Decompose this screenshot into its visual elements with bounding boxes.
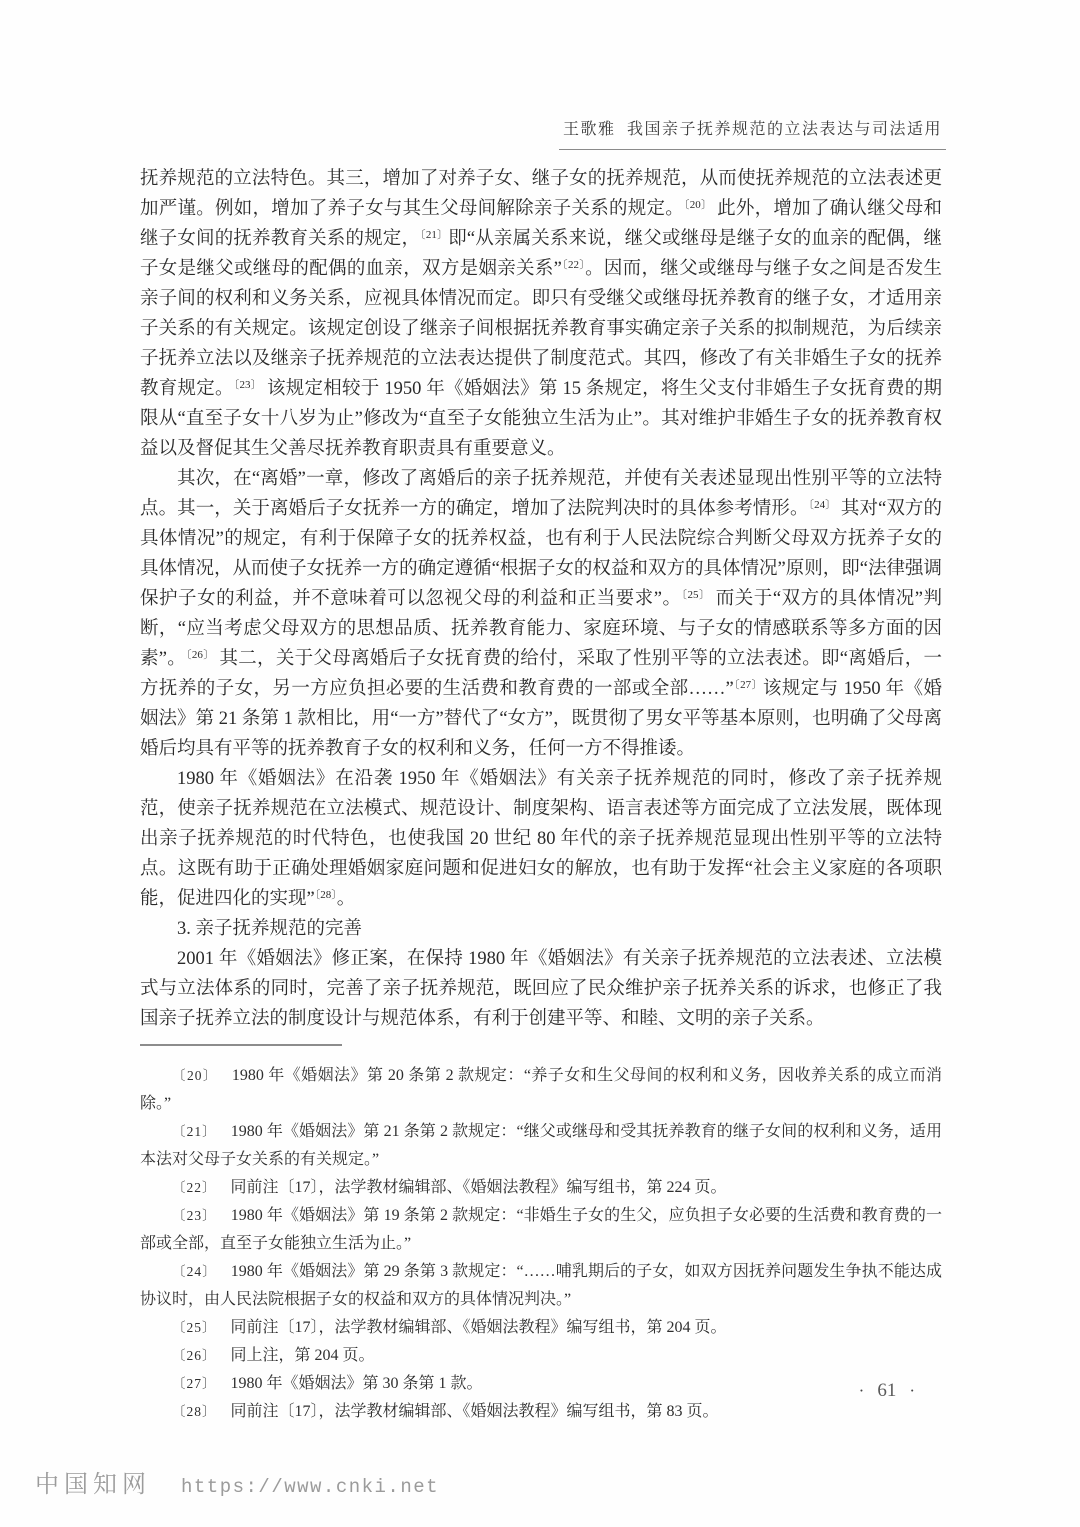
page-number-right-dot: · xyxy=(909,1381,915,1400)
footnote-text: 1980 年《婚姻法》第 20 条第 2 款规定：“养子女和生父母间的权利和义务… xyxy=(140,1067,942,1112)
paragraph: 抚养规范的立法特色。其三，增加了对养子女、继子女的抚养规范，从而使抚养规范的立法… xyxy=(140,164,942,464)
footnote-text: 1980 年《婚姻法》第 29 条第 3 款规定：“……哺乳期后的子女，如双方因… xyxy=(140,1263,942,1308)
text-run: 。 xyxy=(337,889,356,909)
footnote-marker: 〔21〕 xyxy=(172,1124,217,1139)
footnote-ref: 〔21〕 xyxy=(420,229,448,241)
footnote-marker: 〔22〕 xyxy=(172,1180,217,1195)
paragraph: 1980 年《婚姻法》在沿袭 1950 年《婚姻法》有关亲子抚养规范的同时，修改… xyxy=(140,764,942,914)
footnote-marker: 〔27〕 xyxy=(172,1376,217,1391)
text-run: 。因而，继父或继母与继子女之间是否发生亲子间的权利和义务关系，应视具体情况而定。… xyxy=(140,259,942,399)
footnote-text: 同前注〔17〕，法学教材编辑部、《婚姻法教程》编写组书，第 204 页。 xyxy=(231,1319,727,1336)
footnote: 〔23〕1980 年《婚姻法》第 19 条第 2 款规定：“非婚生子女的生父，应… xyxy=(140,1202,942,1258)
footnote-ref: 〔23〕 xyxy=(234,379,262,391)
footnote-text: 1980 年《婚姻法》第 30 条第 1 款。 xyxy=(231,1375,483,1392)
footnote-text: 同上注，第 204 页。 xyxy=(231,1347,375,1364)
footnote-separator xyxy=(140,1044,342,1046)
footnote-ref: 〔25〕 xyxy=(682,589,711,601)
footnote-ref: 〔28〕 xyxy=(315,889,337,901)
footnote-text: 同前注〔17〕，法学教材编辑部、《婚姻法教程》编写组书，第 224 页。 xyxy=(231,1179,727,1196)
section-heading: 3. 亲子抚养规范的完善 xyxy=(140,914,942,944)
cnki-logo-text: 中国知网 xyxy=(35,1472,151,1498)
footnote: 〔25〕同前注〔17〕，法学教材编辑部、《婚姻法教程》编写组书，第 204 页。 xyxy=(140,1314,942,1342)
footnote: 〔20〕1980 年《婚姻法》第 20 条第 2 款规定：“养子女和生父母间的权… xyxy=(140,1062,942,1118)
journal-page: 王歌雅 我国亲子抚养规范的立法表达与司法适用 抚养规范的立法特色。其三，增加了对… xyxy=(0,0,1080,1527)
footnote: 〔27〕1980 年《婚姻法》第 30 条第 1 款。 xyxy=(140,1370,942,1398)
text-run: 1980 年《婚姻法》在沿袭 1950 年《婚姻法》有关亲子抚养规范的同时，修改… xyxy=(140,769,942,909)
paragraph: 2001 年《婚姻法》修正案，在保持 1980 年《婚姻法》有关亲子抚养规范的立… xyxy=(140,944,942,1034)
footnote-ref: 〔22〕 xyxy=(562,259,585,271)
footnote-marker: 〔25〕 xyxy=(172,1320,217,1335)
page-number: ·61· xyxy=(846,1380,928,1402)
footnote-marker: 〔23〕 xyxy=(172,1208,217,1223)
page-number-left-dot: · xyxy=(859,1381,865,1400)
footnote: 〔24〕1980 年《婚姻法》第 29 条第 3 款规定：“……哺乳期后的子女，… xyxy=(140,1258,942,1314)
footnote-text: 1980 年《婚姻法》第 21 条第 2 款规定：“继父或继母和受其抚养教育的继… xyxy=(140,1123,942,1168)
footnote-text: 同前注〔17〕，法学教材编辑部、《婚姻法教程》编写组书，第 83 页。 xyxy=(231,1403,719,1420)
footnote: 〔22〕同前注〔17〕，法学教材编辑部、《婚姻法教程》编写组书，第 224 页。 xyxy=(140,1174,942,1202)
footnote-marker: 〔24〕 xyxy=(172,1264,217,1279)
footnote-ref: 〔27〕 xyxy=(734,679,763,691)
article-body: 抚养规范的立法特色。其三，增加了对养子女、继子女的抚养规范，从而使抚养规范的立法… xyxy=(140,164,942,1034)
text-run: 该规定相较于 1950 年《婚姻法》第 15 条规定，将生父支付非婚生子女抚育费… xyxy=(140,379,942,459)
footnote-marker: 〔26〕 xyxy=(172,1348,217,1363)
running-header: 王歌雅 我国亲子抚养规范的立法表达与司法适用 xyxy=(559,116,946,150)
text-run: 其次，在“离婚”一章，修改了离婚后的亲子抚养规范，并使有关表述显现出性别平等的立… xyxy=(140,469,942,519)
text-run: 2001 年《婚姻法》修正案，在保持 1980 年《婚姻法》有关亲子抚养规范的立… xyxy=(140,949,942,1029)
text-run: 3. 亲子抚养规范的完善 xyxy=(177,919,362,939)
running-header-text: 王歌雅 我国亲子抚养规范的立法表达与司法适用 xyxy=(559,116,946,150)
footnote: 〔21〕1980 年《婚姻法》第 21 条第 2 款规定：“继父或继母和受其抚养… xyxy=(140,1118,942,1174)
cnki-url: https://www.cnki.net xyxy=(181,1476,439,1498)
footnote-ref: 〔24〕 xyxy=(809,499,837,511)
footnote: 〔26〕同上注，第 204 页。 xyxy=(140,1342,942,1370)
footnote-ref: 〔26〕 xyxy=(186,649,214,661)
page-number-value: 61 xyxy=(877,1380,896,1401)
footnote-text: 1980 年《婚姻法》第 19 条第 2 款规定：“非婚生子女的生父，应负担子女… xyxy=(140,1207,942,1252)
footnote-ref: 〔20〕 xyxy=(684,199,712,211)
paragraph: 其次，在“离婚”一章，修改了离婚后的亲子抚养规范，并使有关表述显现出性别平等的立… xyxy=(140,464,942,764)
footnote-marker: 〔20〕 xyxy=(172,1068,218,1083)
footnote-marker: 〔28〕 xyxy=(172,1404,217,1419)
footnotes-section: 〔20〕1980 年《婚姻法》第 20 条第 2 款规定：“养子女和生父母间的权… xyxy=(140,1062,942,1426)
cnki-watermark: 中国知网 https://www.cnki.net xyxy=(35,1464,439,1499)
footnote: 〔28〕同前注〔17〕，法学教材编辑部、《婚姻法教程》编写组书，第 83 页。 xyxy=(140,1398,942,1426)
